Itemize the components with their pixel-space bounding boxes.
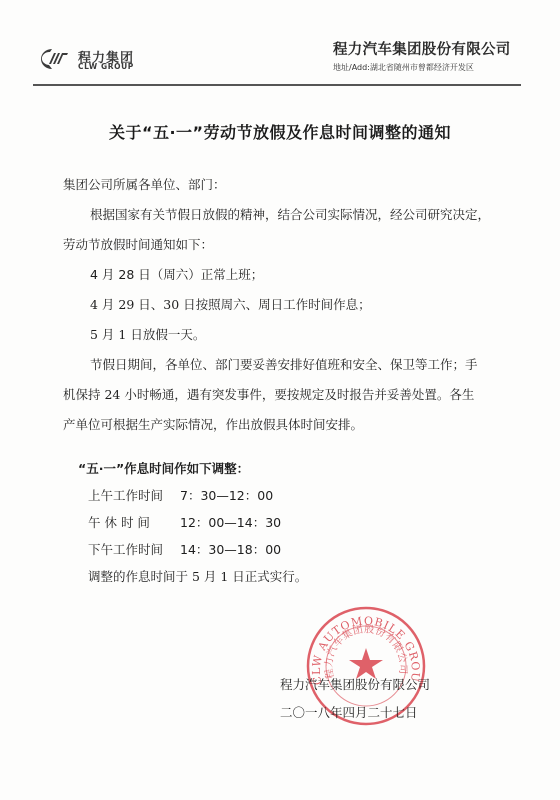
signature-company: 程力汽车集团股份有限公司 xyxy=(280,676,430,694)
list-item: 4 月 29 日、30 日按照周六、周日工作时间作息； xyxy=(90,296,371,314)
schedule-row-label: 上午工作时间 xyxy=(88,487,163,505)
schedule-heading: “五·一”作息时间作如下调整： xyxy=(78,460,249,478)
effective-date-note: 调整的作息时间于 5 月 1 日正式实行。 xyxy=(88,568,307,586)
schedule-row-time: 7：30—12：00 xyxy=(180,487,273,505)
logo-text-en: CLW GROUP xyxy=(78,62,134,71)
duty-line-2: 机保持 24 小时畅通，遇有突发事件，要按规定及时报告并妥善处置。各生 xyxy=(63,386,474,404)
schedule-row-label: 午 休 时 间 xyxy=(88,514,150,532)
list-item: 4 月 28 日（周六）正常上班； xyxy=(90,266,263,284)
letterhead-address: 地址/Add:湖北省随州市曾都经济开发区 xyxy=(333,62,474,73)
list-item: 5 月 1 日放假一天。 xyxy=(90,326,205,344)
salutation: 集团公司所属各单位、部门： xyxy=(63,176,226,194)
duty-line-1: 节假日期间，各单位、部门要妥善安排好值班和安全、保卫等工作；手 xyxy=(90,356,478,374)
clw-logo-icon xyxy=(35,47,69,71)
signature-date: 二〇一八年四月二十七日 xyxy=(280,704,418,722)
schedule-row-time: 14：30—18：00 xyxy=(180,541,281,559)
letterhead-company-name: 程力汽车集团股份有限公司 xyxy=(333,38,511,59)
schedule-row-label: 下午工作时间 xyxy=(88,541,163,559)
intro-line-2: 劳动节放假时间通知如下： xyxy=(63,236,213,254)
duty-line-3: 产单位可根据生产实际情况，作出放假具体时间安排。 xyxy=(63,416,363,434)
notice-title: 关于“五·一”劳动节放假及作息时间调整的通知 xyxy=(0,120,560,143)
header-divider xyxy=(33,84,521,86)
intro-line-1: 根据国家有关节假日放假的精神，结合公司实际情况，经公司研究决定， xyxy=(90,206,490,224)
schedule-row-time: 12：00—14：30 xyxy=(180,514,281,532)
